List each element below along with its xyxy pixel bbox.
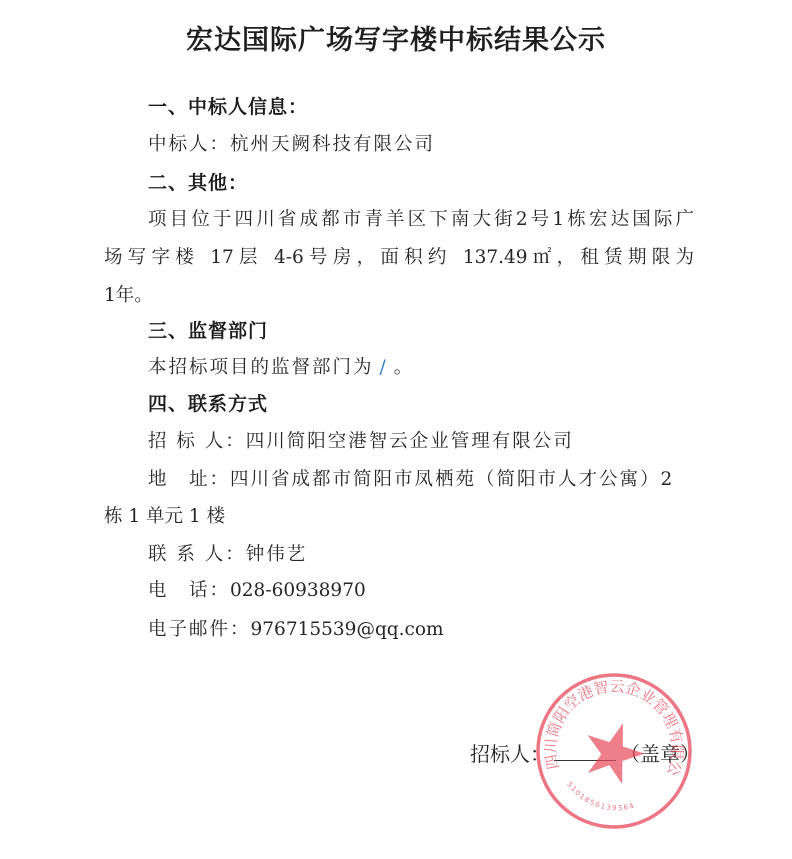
signature-line: 招标人：（盖章） [470, 738, 700, 767]
contact-person-line: 联 系 人：钟伟艺 [148, 540, 307, 566]
project-para-line-2: 场写字楼 17层 4-6号房，面积约 137.49㎡，租赁期限为 [104, 243, 694, 269]
address-line-2: 栋 1 单元 1 楼 [104, 502, 225, 528]
svg-text:5101850139364: 5101850139364 [565, 780, 636, 812]
email-value[interactable]: 976715539@qq.com [251, 619, 444, 640]
signature-label: 招标人： [470, 742, 550, 766]
contact-label: 联 系 人： [148, 544, 246, 565]
email-label: 电子邮件： [148, 619, 251, 640]
seal-code-text: 5101850139364 [565, 780, 636, 812]
phone-value: 028-60938970 [230, 580, 366, 601]
document-title: 宏达国际广场写字楼中标结果公示 [0, 18, 792, 57]
email-line: 电子邮件：976715539@qq.com [148, 615, 444, 641]
address-label: 地 址： [148, 469, 230, 490]
tenderer-label: 招 标 人： [148, 431, 246, 452]
signature-blank [554, 742, 616, 761]
phone-label: 电 话： [148, 580, 230, 601]
seal-note: （盖章） [620, 742, 700, 766]
section-1-heading: 一、中标人信息： [148, 92, 308, 119]
section-2-heading: 二、其他： [148, 168, 248, 195]
project-para-line-1: 项目位于四川省成都市青羊区下南大街2号1栋宏达国际广 [148, 205, 694, 231]
winner-line: 中标人：杭州天阙科技有限公司 [148, 130, 435, 156]
project-para-line-3: 1年。 [104, 281, 153, 307]
phone-line: 电 话：028-60938970 [148, 576, 366, 602]
section-4-heading: 四、联系方式 [148, 389, 268, 416]
section-3-heading: 三、监督部门 [148, 316, 268, 343]
address-line-1: 地 址：四川省成都市简阳市凤栖苑（简阳市人才公寓）2 [148, 465, 674, 491]
supervision-text: 本招标项目的监督部门为 [148, 357, 374, 378]
supervision-value: / [380, 357, 388, 378]
address-value: 四川省成都市简阳市凤栖苑（简阳市人才公寓）2 [230, 469, 674, 490]
supervision-line: 本招标项目的监督部门为/。 [148, 353, 414, 379]
tenderer-value: 四川简阳空港智云企业管理有限公司 [246, 431, 574, 452]
supervision-suffix: 。 [394, 357, 415, 378]
contact-value: 钟伟艺 [246, 544, 308, 565]
tenderer-line: 招 标 人：四川简阳空港智云企业管理有限公司 [148, 427, 574, 453]
